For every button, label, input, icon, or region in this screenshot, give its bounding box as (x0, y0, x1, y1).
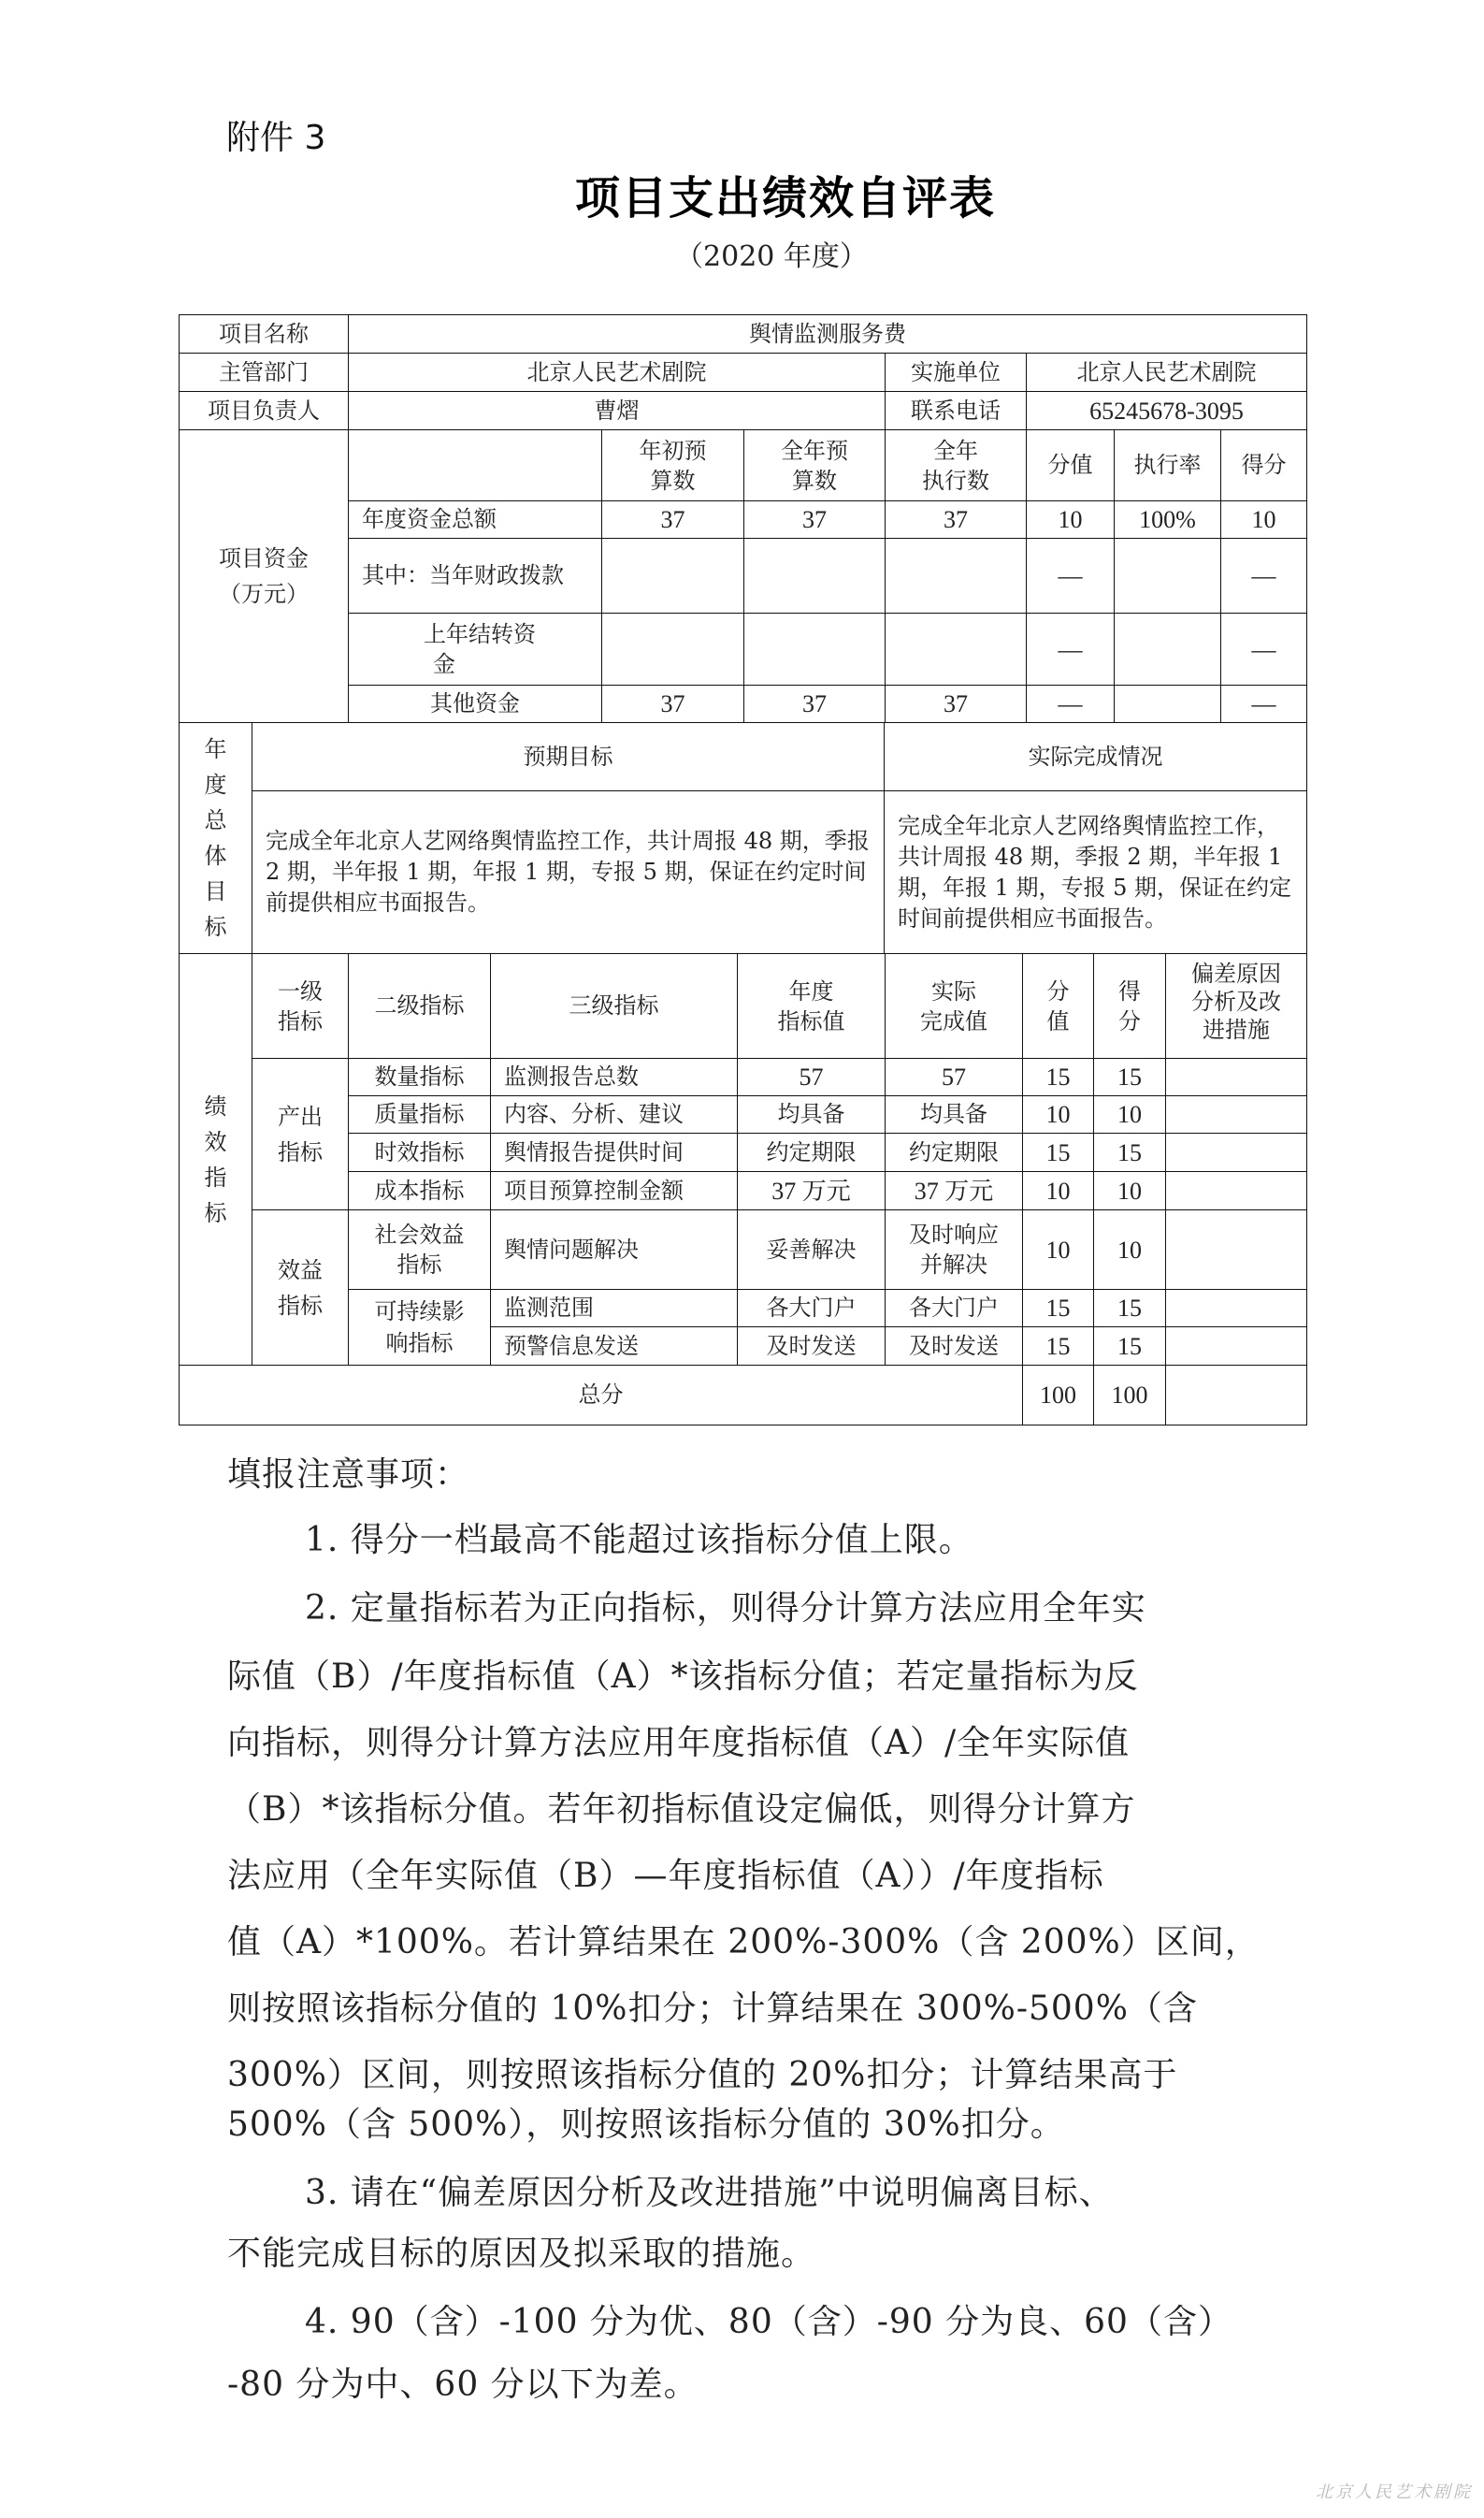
perf-level3: 监测报告总数 (490, 1058, 738, 1096)
notes-line: 2. 定量指标若为正向指标，则得分计算方法应用全年实 (305, 1588, 1146, 1629)
group-label-l2: 指标 (278, 1135, 323, 1170)
fund-score-value: — (1026, 613, 1115, 686)
perf-score: 10 (1093, 1095, 1166, 1134)
col-annual-budget: 全年预 算数 (743, 429, 886, 501)
header-deviation-l1: 偏差原因 (1191, 960, 1281, 988)
fund-initial (601, 613, 744, 686)
perf-value: 10 (1022, 1171, 1094, 1210)
group-output-indicators: 产出 指标 (252, 1058, 349, 1210)
fund-exec-rate (1114, 538, 1221, 614)
perf-deviation (1165, 1171, 1307, 1210)
perf-score: 15 (1093, 1058, 1166, 1096)
perf-level2-l1: 可持续影 (375, 1295, 465, 1327)
fund-score: — (1220, 538, 1307, 614)
group-label-l1: 效益 (278, 1252, 323, 1288)
perf-actual: 及时发送 (885, 1326, 1023, 1366)
funds-header-blank (348, 429, 602, 501)
fund-initial: 37 (601, 500, 744, 539)
project-name-label: 项目名称 (179, 314, 349, 354)
page-title: 项目支出绩效自评表 (561, 174, 1010, 223)
perf-level2: 成本指标 (348, 1171, 491, 1210)
expected-goal-header: 预期目标 (252, 722, 885, 791)
header-score: 得 分 (1093, 953, 1166, 1059)
group-label-l1: 产出 (278, 1099, 323, 1135)
fund-executed (885, 613, 1027, 686)
fund-exec-rate (1114, 613, 1221, 686)
group-benefit-indicators: 效益 指标 (252, 1209, 349, 1366)
fund-annual: 37 (743, 500, 886, 539)
header-deviation-l2: 分析及改 (1191, 988, 1281, 1016)
header-deviation-l3: 进措施 (1203, 1016, 1270, 1044)
fund-exec-rate: 100% (1114, 500, 1221, 539)
col-executed-l1: 全年 (933, 436, 978, 466)
perf-actual: 各大门户 (885, 1289, 1023, 1327)
attachment-label: 附件 3 (226, 118, 325, 159)
header-level1-l1: 一级 (278, 977, 323, 1006)
fund-score-value: 10 (1026, 500, 1115, 539)
perf-deviation (1165, 1095, 1307, 1134)
col-exec-rate: 执行率 (1114, 429, 1221, 501)
perf-value: 10 (1022, 1209, 1094, 1290)
notes-line: 4. 90（含）-100 分为优、80（含）-90 分为良、60（含） (305, 2302, 1232, 2343)
perf-target: 57 (737, 1058, 886, 1096)
perf-score: 15 (1093, 1133, 1166, 1172)
perf-level2-l1: 社会效益 (375, 1220, 465, 1250)
goals-label-char: 度 (205, 767, 227, 803)
fund-row-label: 其中：当年财政拨款 (348, 538, 602, 614)
perf-actual-l1: 及时响应 (909, 1220, 999, 1250)
header-annual-target: 年度 指标值 (737, 953, 886, 1059)
phone-label: 联系电话 (885, 391, 1027, 430)
perf-deviation (1165, 1133, 1307, 1172)
dept-label: 主管部门 (179, 353, 349, 392)
goals-label-char: 总 (205, 803, 227, 838)
header-target-l2: 指标值 (778, 1006, 845, 1036)
performance-section-label: 绩 效 指 标 (179, 953, 252, 1366)
header-level1-l2: 指标 (278, 1006, 323, 1036)
fund-row-label-l2: 金 (424, 649, 455, 679)
fund-row-label-l1: 上年结转资 (424, 619, 536, 649)
perf-level3: 监测范围 (490, 1289, 738, 1327)
notes-line: （B）*该指标分值。若年初指标值设定偏低，则得分计算方 (227, 1789, 1135, 1831)
fund-exec-rate (1114, 685, 1221, 723)
perf-level2-l2: 指标 (397, 1250, 442, 1280)
fund-row-label: 上年结转资 金 (348, 613, 602, 686)
header-value-l2: 值 (1047, 1006, 1070, 1036)
perf-level3: 内容、分析、建议 (490, 1095, 738, 1134)
header-actual-l2: 完成值 (920, 1006, 987, 1036)
perf-label-char: 效 (205, 1124, 227, 1160)
header-actual-l1: 实际 (931, 977, 976, 1006)
fund-score: — (1220, 613, 1307, 686)
perf-level3: 项目预算控制金额 (490, 1171, 738, 1210)
perf-score: 10 (1093, 1209, 1166, 1290)
perf-level2: 社会效益 指标 (348, 1209, 491, 1290)
perf-actual: 及时响应 并解决 (885, 1209, 1023, 1290)
perf-level3: 舆情报告提供时间 (490, 1133, 738, 1172)
page-subtitle: （2020 年度） (655, 239, 888, 275)
notes-line: 值（A）*100%。若计算结果在 200%-300%（含 200%）区间， (227, 1922, 1260, 1963)
actual-result-header: 实际完成情况 (884, 722, 1307, 791)
col-initial-budget: 年初预 算数 (601, 429, 744, 501)
perf-level2: 质量指标 (348, 1095, 491, 1134)
notes-line: 1. 得分一档最高不能超过该指标分值上限。 (305, 1520, 973, 1561)
perf-deviation (1165, 1289, 1307, 1327)
perf-value: 15 (1022, 1289, 1094, 1327)
fund-score-value: — (1026, 685, 1115, 723)
fund-executed: 37 (885, 500, 1027, 539)
owner-value: 曹熠 (348, 391, 886, 430)
header-score-l1: 得 (1118, 977, 1141, 1006)
notes-line: -80 分为中、60 分以下为差。 (227, 2365, 699, 2406)
goals-label-char: 年 (205, 731, 227, 767)
fund-score-value: — (1026, 538, 1115, 614)
funds-section-label: 项目资金 （万元） (179, 429, 349, 723)
header-level3: 三级指标 (490, 953, 738, 1059)
perf-target: 各大门户 (737, 1289, 886, 1327)
goals-section-label: 年 度 总 体 目 标 (179, 722, 252, 954)
impl-unit-label: 实施单位 (885, 353, 1027, 392)
perf-target: 妥善解决 (737, 1209, 886, 1290)
perf-label-char: 绩 (205, 1089, 227, 1124)
perf-score: 15 (1093, 1289, 1166, 1327)
perf-score: 10 (1093, 1171, 1166, 1210)
group-label-l2: 指标 (278, 1288, 323, 1324)
project-name-value: 舆情监测服务费 (348, 314, 1307, 354)
col-executed: 全年 执行数 (885, 429, 1027, 501)
perf-value: 15 (1022, 1058, 1094, 1096)
perf-level2: 数量指标 (348, 1058, 491, 1096)
notes-line: 300%）区间，则按照该指标分值的 20%扣分；计算结果高于 (227, 2055, 1177, 2096)
funds-label-line1: 项目资金 (219, 541, 309, 576)
goals-label-char: 目 (205, 874, 227, 909)
col-initial-budget-l1: 年初预 (640, 436, 707, 466)
goals-label-char: 标 (205, 909, 227, 945)
col-score-value: 分值 (1026, 429, 1115, 501)
header-level1: 一级 指标 (252, 953, 349, 1059)
funds-label-line2: （万元） (219, 576, 309, 612)
header-score-value: 分 值 (1022, 953, 1094, 1059)
perf-target: 均具备 (737, 1095, 886, 1134)
watermark-logo: 北京人民艺术剧院 (1316, 2479, 1473, 2503)
perf-label-char: 标 (205, 1195, 227, 1231)
perf-level2-l2: 响指标 (386, 1327, 454, 1359)
fund-executed (885, 538, 1027, 614)
fund-initial (601, 538, 744, 614)
header-level2: 二级指标 (348, 953, 491, 1059)
notes-heading: 填报注意事项： (227, 1454, 469, 1496)
fund-initial: 37 (601, 685, 744, 723)
col-score: 得分 (1220, 429, 1307, 501)
perf-score: 15 (1093, 1326, 1166, 1366)
fund-annual (743, 613, 886, 686)
notes-line: 500%（含 500%），则按照该指标分值的 30%扣分。 (227, 2105, 1065, 2146)
notes-line: 向指标，则得分计算方法应用年度指标值（A）/全年实际值 (227, 1723, 1130, 1764)
perf-level3: 舆情问题解决 (490, 1209, 738, 1290)
col-annual-budget-l2: 算数 (792, 466, 837, 496)
perf-actual: 均具备 (885, 1095, 1023, 1134)
col-initial-budget-l2: 算数 (651, 466, 696, 496)
total-deviation (1165, 1365, 1307, 1425)
impl-unit-value: 北京人民艺术剧院 (1026, 353, 1307, 392)
header-target-l1: 年度 (789, 977, 834, 1006)
total-label: 总分 (179, 1365, 1023, 1425)
header-value-l1: 分 (1047, 977, 1070, 1006)
fund-annual: 37 (743, 685, 886, 723)
perf-target: 37 万元 (737, 1171, 886, 1210)
fund-annual (743, 538, 886, 614)
perf-level2: 时效指标 (348, 1133, 491, 1172)
perf-actual: 57 (885, 1058, 1023, 1096)
perf-deviation (1165, 1209, 1307, 1290)
perf-actual: 37 万元 (885, 1171, 1023, 1210)
fund-executed: 37 (885, 685, 1027, 723)
perf-actual: 约定期限 (885, 1133, 1023, 1172)
total-score: 100 (1093, 1365, 1166, 1425)
expected-goal-text: 完成全年北京人艺网络舆情监控工作，共计周报 48 期，季报 2 期，半年报 1 … (252, 790, 885, 954)
fund-score: — (1220, 685, 1307, 723)
perf-deviation (1165, 1058, 1307, 1096)
total-value: 100 (1022, 1365, 1094, 1425)
perf-level3: 预警信息发送 (490, 1326, 738, 1366)
notes-line: 3. 请在“偏差原因分析及改进措施”中说明偏离目标、 (305, 2173, 1114, 2214)
notes-line: 际值（B）/年度指标值（A）*该指标分值；若定量指标为反 (227, 1657, 1139, 1698)
perf-value: 15 (1022, 1133, 1094, 1172)
goals-label-char: 体 (205, 838, 227, 874)
header-score-l2: 分 (1118, 1006, 1141, 1036)
perf-target: 及时发送 (737, 1326, 886, 1366)
perf-label-char: 指 (205, 1160, 227, 1195)
perf-deviation (1165, 1326, 1307, 1366)
dept-value: 北京人民艺术剧院 (348, 353, 886, 392)
fund-row-label: 年度资金总额 (348, 500, 602, 539)
phone-value: 65245678-3095 (1026, 391, 1307, 430)
fund-score: 10 (1220, 500, 1307, 539)
owner-label: 项目负责人 (179, 391, 349, 430)
notes-line: 法应用（全年实际值（B）—年度指标值（A））/年度指标 (227, 1856, 1104, 1897)
header-actual-value: 实际 完成值 (885, 953, 1023, 1059)
col-annual-budget-l1: 全年预 (781, 436, 848, 466)
perf-value: 15 (1022, 1326, 1094, 1366)
notes-line: 不能完成目标的原因及拟采取的措施。 (227, 2234, 815, 2275)
perf-target: 约定期限 (737, 1133, 886, 1172)
col-executed-l2: 执行数 (922, 466, 989, 496)
perf-actual-l2: 并解决 (920, 1250, 987, 1280)
perf-level2: 可持续影 响指标 (348, 1289, 491, 1366)
perf-value: 10 (1022, 1095, 1094, 1134)
header-deviation: 偏差原因 分析及改 进措施 (1165, 953, 1307, 1059)
fund-row-label: 其他资金 (348, 685, 602, 723)
notes-line: 则按照该指标分值的 10%扣分；计算结果在 300%-500%（含 (227, 1989, 1198, 2030)
actual-result-text: 完成全年北京人艺网络舆情监控工作，共计周报 48 期，季报 2 期，半年报 1 … (884, 790, 1307, 954)
